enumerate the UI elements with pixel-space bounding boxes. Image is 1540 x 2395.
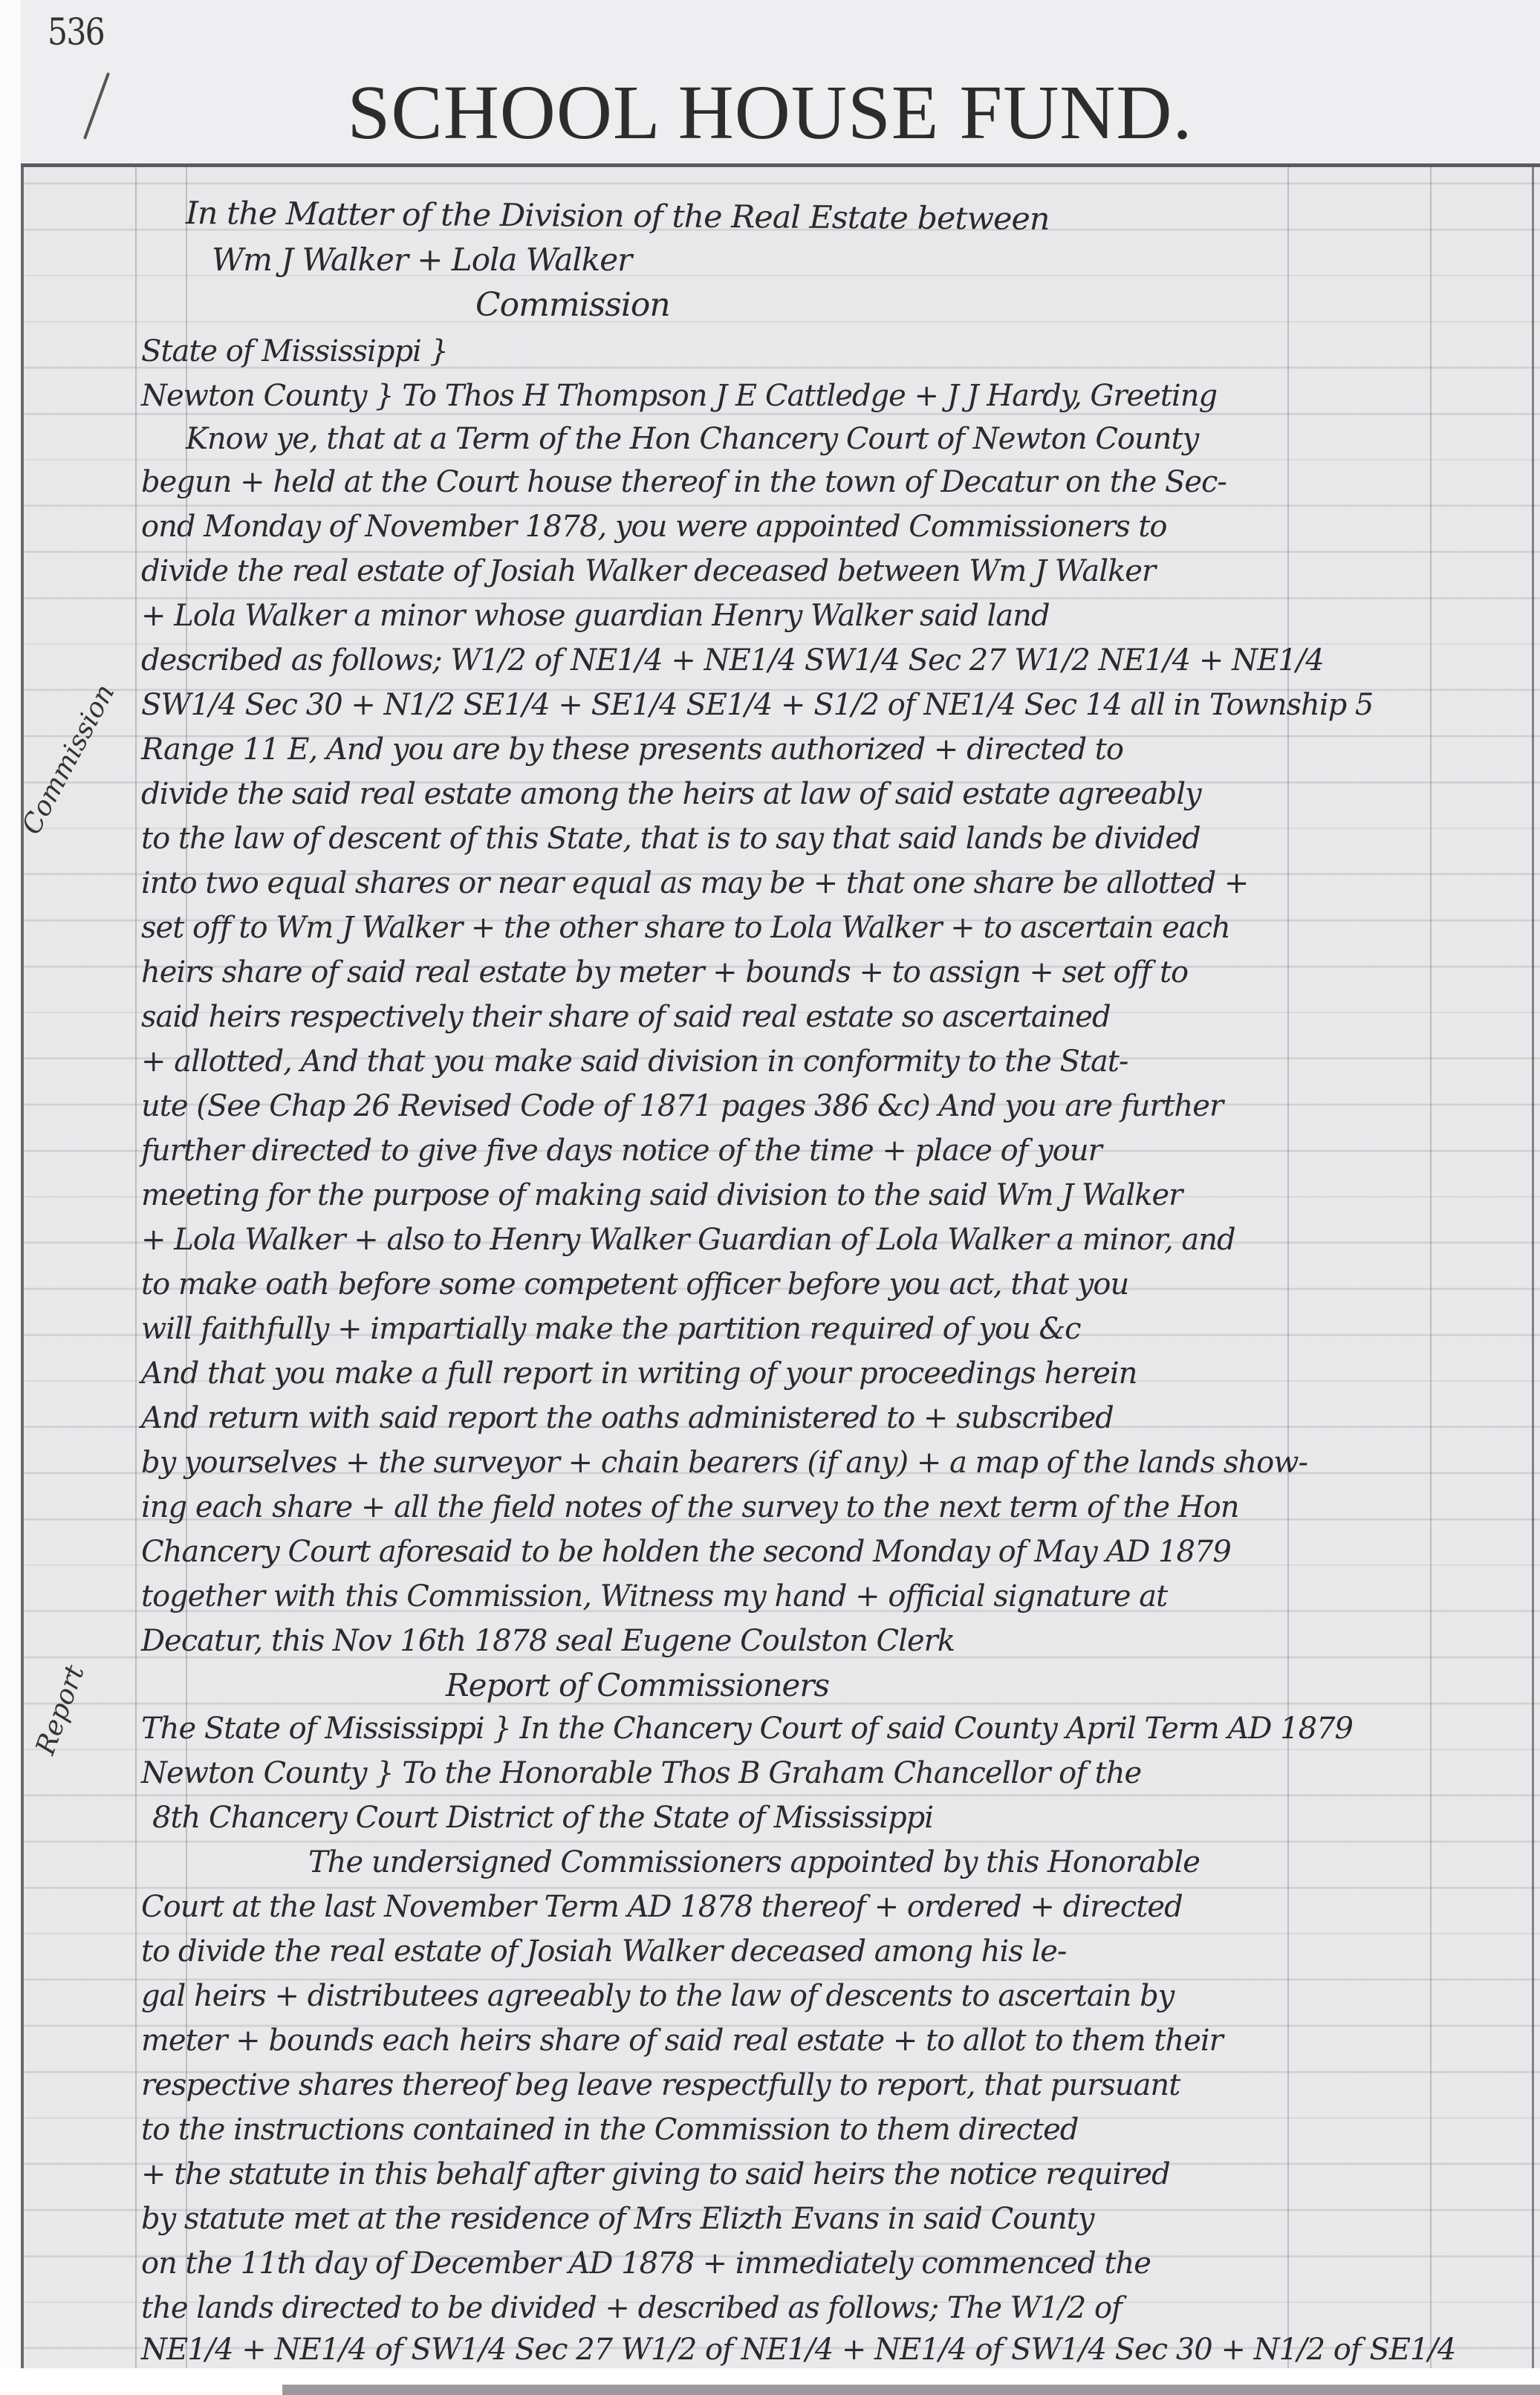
text-line: NE1/4 + NE1/4 of SW1/4 Sec 27 W1/2 of NE… <box>141 2333 1455 2367</box>
text-line: Court at the last November Term AD 1878 … <box>141 1890 1183 1924</box>
column-rule <box>1532 165 1534 2368</box>
page-number: 536 <box>48 10 104 53</box>
text-line: said heirs respectively their share of s… <box>141 1000 1111 1034</box>
column-rule <box>1287 165 1289 2368</box>
text-line: 8th Chancery Court District of the State… <box>152 1801 933 1835</box>
text-line: And that you make a full report in writi… <box>141 1356 1137 1391</box>
text-line: + Lola Walker a minor whose guardian Hen… <box>141 599 1050 633</box>
text-line: ond Monday of November 1878, you were ap… <box>141 510 1167 544</box>
text-line: Newton County } To Thos H Thompson J E C… <box>141 379 1217 413</box>
text-line: SW1/4 Sec 30 + N1/2 SE1/4 + SE1/4 SE1/4 … <box>141 688 1373 722</box>
text-line: The State of Mississippi } In the Chance… <box>141 1712 1353 1746</box>
text-line: described as follows; W1/2 of NE1/4 + NE… <box>141 643 1324 677</box>
text-line: divide the said real estate among the he… <box>141 777 1201 811</box>
column-rule <box>1430 165 1432 2368</box>
text-line: And return with said report the oaths ad… <box>141 1401 1114 1435</box>
text-line: by yourselves + the surveyor + chain bea… <box>141 1446 1307 1480</box>
text-line: on the 11th day of December AD 1878 + im… <box>141 2246 1151 2281</box>
text-line: together with this Commission, Witness m… <box>141 1579 1167 1614</box>
text-line: the lands directed to be divided + descr… <box>141 2291 1122 2325</box>
text-line: Range 11 E, And you are by these present… <box>141 732 1123 767</box>
text-line: Chancery Court aforesaid to be holden th… <box>141 1535 1231 1569</box>
text-line: Know ye, that at a Term of the Hon Chanc… <box>186 422 1198 456</box>
text-line: by statute met at the residence of Mrs E… <box>141 2202 1094 2236</box>
text-line: Decatur, this Nov 16th 1878 seal Eugene … <box>141 1624 955 1658</box>
text-line: + the statute in this behalf after givin… <box>141 2157 1170 2191</box>
section-heading: Report of Commissioners <box>446 1667 829 1703</box>
text-line: will faithfully + impartially make the p… <box>141 1312 1081 1346</box>
header-rule <box>21 163 1540 167</box>
caption-line: In the Matter of the Division of the Rea… <box>186 195 1050 237</box>
text-line: to make oath before some competent offic… <box>141 1267 1128 1302</box>
section-heading: Commission <box>475 286 670 324</box>
text-line: set off to Wm J Walker + the other share… <box>141 911 1230 945</box>
text-line: gal heirs + distributees agreeably to th… <box>141 1979 1174 2013</box>
text-line: to divide the real estate of Josiah Walk… <box>141 1934 1066 1969</box>
text-line: The undersigned Commissioners appointed … <box>308 1845 1200 1879</box>
text-line: State of Mississippi } <box>141 334 448 368</box>
text-line: + Lola Walker + also to Henry Walker Gua… <box>141 1223 1235 1257</box>
text-line: to the instructions contained in the Com… <box>141 2113 1078 2147</box>
text-line: to the law of descent of this State, tha… <box>141 822 1201 856</box>
text-line: ing each share + all the field notes of … <box>141 1490 1239 1524</box>
scan-shadow <box>282 2385 1540 2395</box>
text-line: begun + held at the Court house thereof … <box>141 465 1227 499</box>
page-title: SCHOOL HOUSE FUND. <box>0 68 1540 157</box>
text-line: meter + bounds each heirs share of said … <box>141 2024 1223 2058</box>
text-line: meeting for the purpose of making said d… <box>141 1178 1182 1212</box>
text-line: further directed to give five days notic… <box>141 1134 1102 1168</box>
text-line: + allotted, And that you make said divis… <box>141 1044 1128 1079</box>
text-line: Newton County } To the Honorable Thos B … <box>141 1756 1141 1790</box>
text-line: ute (See Chap 26 Revised Code of 1871 pa… <box>141 1089 1223 1123</box>
caption-line: Wm J Walker + Lola Walker <box>212 241 631 278</box>
text-line: divide the real estate of Josiah Walker … <box>141 554 1155 588</box>
text-line: respective shares thereof beg leave resp… <box>141 2068 1180 2102</box>
text-line: into two equal shares or near equal as m… <box>141 866 1248 900</box>
text-line: heirs share of said real estate by meter… <box>141 955 1188 989</box>
column-rule <box>135 165 137 2368</box>
